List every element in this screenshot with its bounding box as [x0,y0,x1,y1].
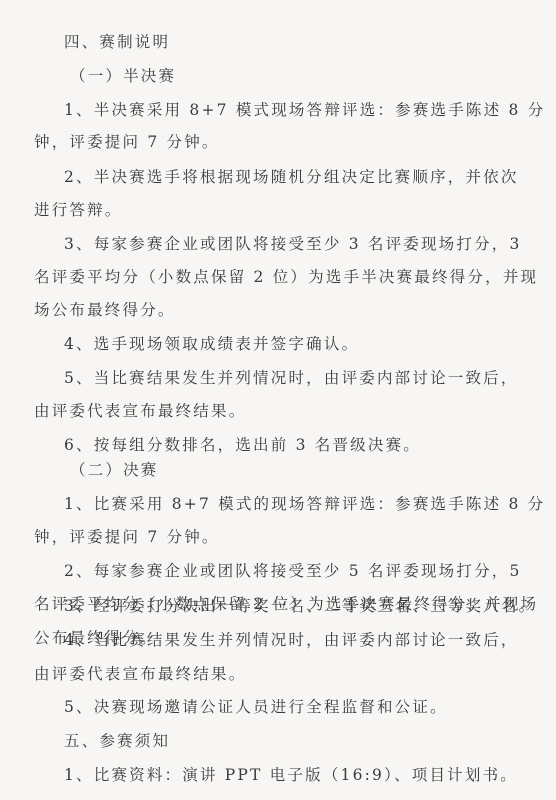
paragraph-line: 由评委代表宣布最终结果。 [34,664,246,684]
subsection-heading-final: （二）决赛 [70,460,159,480]
paragraph-line: 场公布最终得分。 [34,300,176,320]
paragraph-line: 3、每家参赛企业或团队将接受至少 3 名评委现场打分，3 [64,234,522,254]
paragraph-line: 5、决赛现场邀请公证人员进行全程监督和公证。 [64,697,448,717]
section-heading-rules: 四、赛制说明 [64,32,170,52]
paragraph-line: 1、半决赛采用 8+7 模式现场答辩评选：参赛选手陈述 8 分 [64,100,545,120]
subsection-heading-semifinal: （一）半决赛 [70,66,176,86]
document-page: 四、赛制说明 （一）半决赛 1、半决赛采用 8+7 模式现场答辩评选：参赛选手陈… [0,0,556,800]
paragraph-line: 进行答辩。 [34,200,123,220]
paragraph-line: 6、按每组分数排名，选出前 3 名晋级决赛。 [64,435,421,455]
section-heading-notice: 五、参赛须知 [64,731,170,751]
paragraph-line: 名评委平均分（小数点保留 2 位）为选手半决赛最终得分，并现 [34,267,538,287]
paragraph-line: 4、选手现场领取成绩表并签字确认。 [64,334,359,354]
paragraph-line: 2、每家参赛企业或团队将接受至少 5 名评委现场打分，5 [64,561,522,581]
paragraph-line: 3、经评委打分决出一等奖一名、二等奖三名、三等奖八名。 [64,596,536,616]
paragraph-line: 5、当比赛结果发生并列情况时，由评委内部讨论一致后， [64,368,519,388]
paragraph-line: 由评委代表宣布最终结果。 [34,401,246,421]
paragraph-line: 2、半决赛选手将根据现场随机分组决定比赛顺序，并依次 [64,167,519,187]
paragraph-line: 4、当比赛结果发生并列情况时，由评委内部讨论一致后， [64,630,519,650]
paragraph-line: 1、比赛资料：演讲 PPT 电子版（16:9）、项目计划书。 [64,765,518,785]
paragraph-line: 1、比赛采用 8+7 模式的现场答辩评选：参赛选手陈述 8 分 [64,494,545,514]
paragraph-line: 钟，评委提问 7 分钟。 [34,132,220,152]
paragraph-line: 钟，评委提问 7 分钟。 [34,527,220,547]
